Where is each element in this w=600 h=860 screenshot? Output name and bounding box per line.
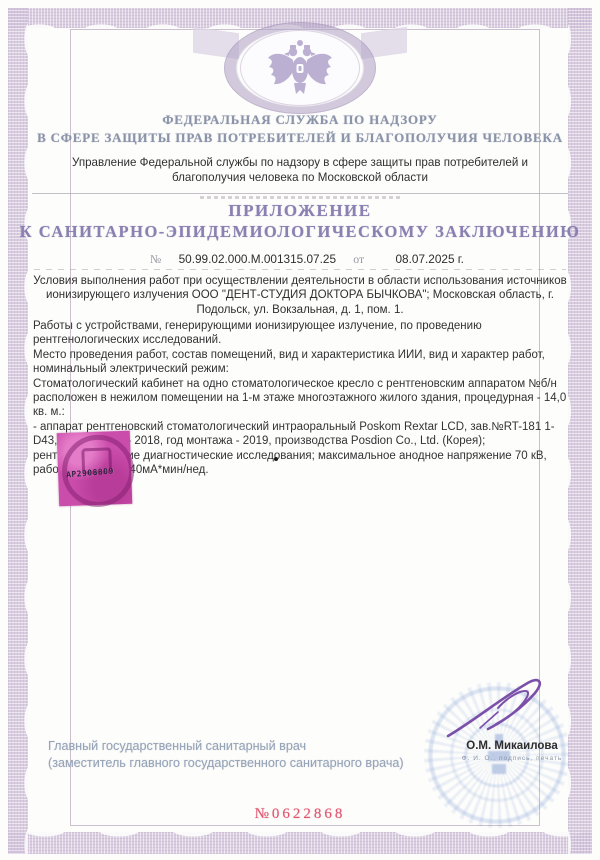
agency-name-line1: ФЕДЕРАЛЬНАЯ СЛУЖБА ПО НАДЗОРУ — [0, 112, 600, 128]
border-guilloche-bottom — [8, 832, 592, 854]
form-serial-number: №0622868 — [0, 806, 600, 823]
hologram-sticker: АР2908809 — [57, 431, 133, 507]
coat-of-arms-medallion — [205, 22, 395, 114]
agency-name-line2: В СФЕРЕ ЗАЩИТЫ ПРАВ ПОТРЕБИТЕЛЕЙ И БЛАГО… — [0, 130, 600, 146]
department-name: Управление Федеральной службы по надзору… — [40, 156, 560, 185]
document-title-line2: К САНИТАРНО-ЭПИДЕМИОЛОГИЧЕСКОМУ ЗАКЛЮЧЕН… — [0, 222, 600, 242]
number-date-row: № 50.99.02.000.М.001315.07.25 от 08.07.2… — [0, 252, 600, 267]
subject-text: Условия выполнения работ при осуществлен… — [22, 274, 578, 317]
body-paragraph: Работы с устройствами, генерирующими ион… — [33, 319, 569, 348]
body-paragraph: Место проведения работ, состав помещений… — [33, 348, 569, 377]
conclusion-date: 08.07.2025 г. — [381, 252, 463, 266]
number-label: № — [136, 252, 175, 266]
dotted-underline — [34, 269, 566, 270]
ink-speck — [274, 457, 278, 461]
microprint-line — [200, 196, 400, 199]
border-scallops — [8, 832, 592, 854]
signer-position-line1: Главный государственный санитарный врач — [48, 738, 404, 755]
signer-caption: Ф. И. О., подпись, печать — [452, 755, 572, 762]
document-title-line1: ПРИЛОЖЕНИЕ — [0, 201, 600, 221]
double-headed-eagle-icon — [264, 38, 336, 98]
header-divider-rule — [32, 193, 568, 194]
document-page: ФЕДЕРАЛЬНАЯ СЛУЖБА ПО НАДЗОРУ В СФЕРЕ ЗА… — [0, 0, 600, 860]
date-label: от — [339, 252, 378, 266]
signer-position: Главный государственный санитарный врач … — [48, 738, 404, 771]
medallion-center — [241, 31, 359, 105]
conclusion-number: 50.99.02.000.М.001315.07.25 — [179, 252, 336, 266]
signer-name: О.М. Микаилова — [452, 740, 572, 752]
signer-position-line2: (заместитель главного государственного с… — [48, 755, 404, 772]
body-paragraph: Стоматологический кабинет на одно стомат… — [33, 377, 569, 420]
